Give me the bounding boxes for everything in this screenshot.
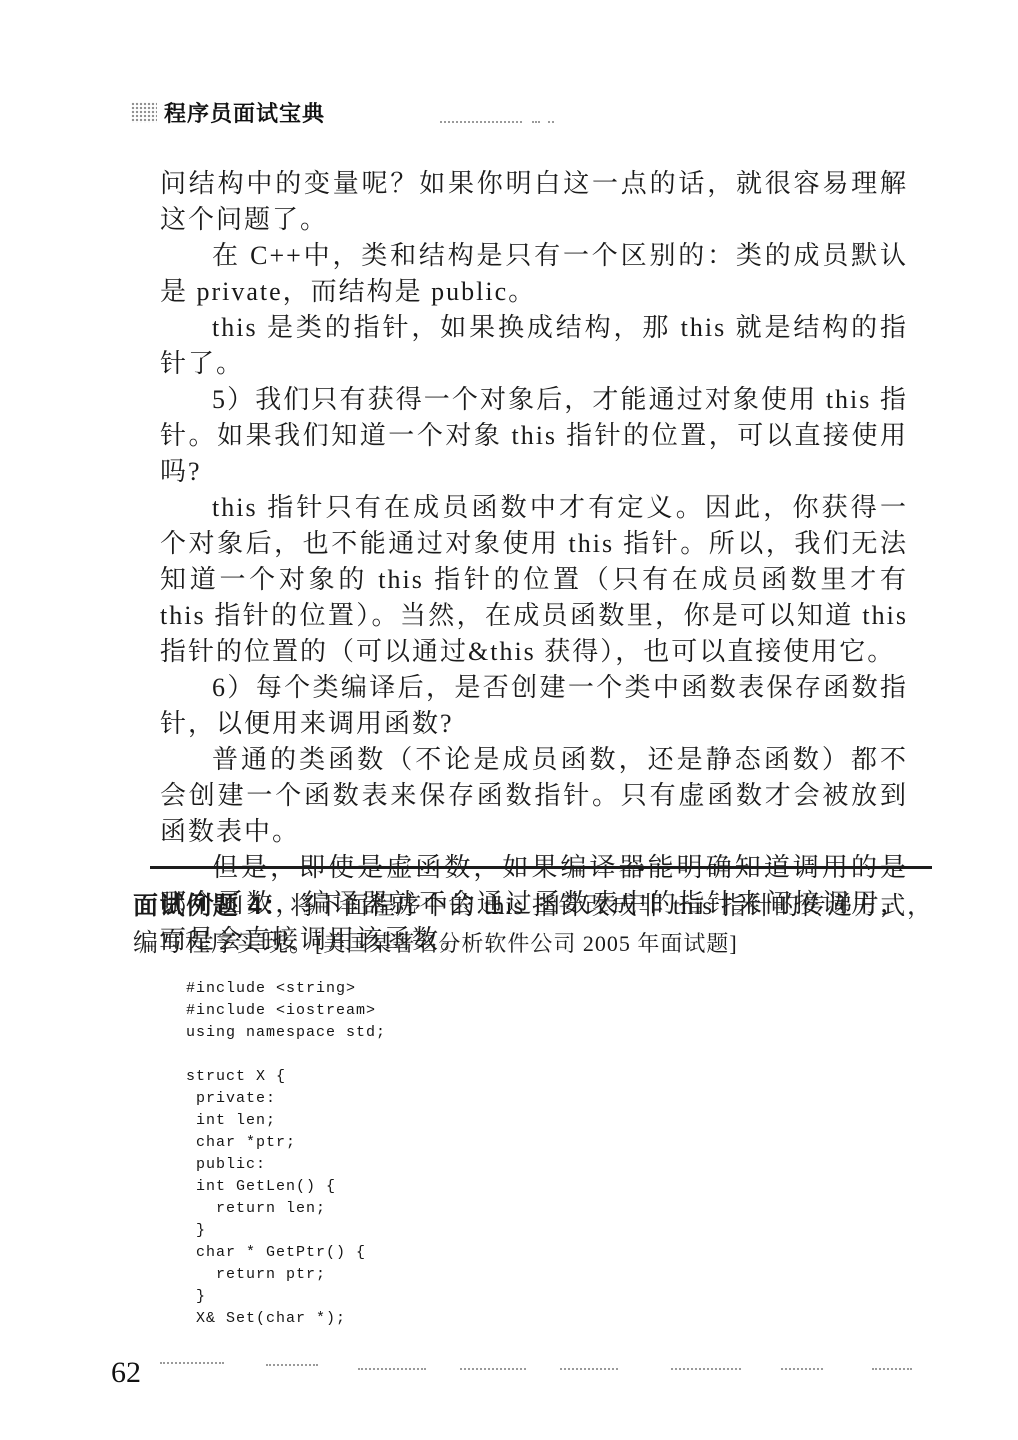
- page-number: 62: [111, 1356, 141, 1390]
- code-line: char *ptr;: [186, 1132, 386, 1154]
- code-line: int GetLen() {: [186, 1176, 386, 1198]
- code-line: struct X {: [186, 1066, 386, 1088]
- code-line: }: [186, 1220, 386, 1242]
- code-block: #include <string>#include <iostream>usin…: [186, 978, 386, 1330]
- paragraph: 6）每个类编译后，是否创建一个类中函数表保存函数指针，以便用来调用函数?: [160, 670, 908, 742]
- code-line: public:: [186, 1154, 386, 1176]
- code-line: using namespace std;: [186, 1022, 386, 1044]
- code-line: #include <iostream>: [186, 1000, 386, 1022]
- scan-artifact-dotted-line: [532, 121, 540, 123]
- book-title: 程序员面试宝典: [164, 97, 325, 128]
- paragraph: 普通的类函数（不论是成员函数，还是静态函数）都不会创建一个函数表来保存函数指针。…: [160, 742, 908, 850]
- scan-artifact-dotted-line: [440, 121, 522, 123]
- chapter-marker-icon: [131, 102, 157, 123]
- scan-artifact-dotted-line: [560, 1368, 618, 1370]
- scan-artifact-dotted-line: [671, 1368, 741, 1370]
- scan-artifact-dotted-line: [872, 1368, 912, 1370]
- body-text: 问结构中的变量呢？如果你明白这一点的话，就很容易理解这个问题了。 在 C++中，…: [160, 166, 908, 958]
- code-line: int len;: [186, 1110, 386, 1132]
- interview-example-heading: 面试例题 4：将下面程序中的 this 指针改成非 this 指针的传递方式，编…: [133, 888, 933, 962]
- scan-artifact-dotted-line: [781, 1368, 823, 1370]
- code-line: [186, 1044, 386, 1066]
- example-source: [美国某著名分析软件公司 2005 年面试题]: [315, 931, 738, 956]
- code-line: X& Set(char *);: [186, 1308, 386, 1330]
- paragraph: this 是类的指针，如果换成结构，那 this 就是结构的指针了。: [160, 310, 908, 382]
- paragraph: 在 C++中，类和结构是只有一个区别的：类的成员默认是 private，而结构是…: [160, 238, 908, 310]
- code-line: return ptr;: [186, 1264, 386, 1286]
- paragraph: 5）我们只有获得一个对象后，才能通过对象使用 this 指针。如果我们知道一个对…: [160, 382, 908, 490]
- code-line: char * GetPtr() {: [186, 1242, 386, 1264]
- scan-artifact-dotted-line: [266, 1364, 318, 1366]
- scan-artifact-dotted-line: [358, 1368, 426, 1370]
- paragraph: 问结构中的变量呢？如果你明白这一点的话，就很容易理解这个问题了。: [160, 166, 908, 238]
- code-line: #include <string>: [186, 978, 386, 1000]
- scan-artifact-dotted-line: [460, 1368, 526, 1370]
- section-divider: [150, 866, 932, 869]
- scan-artifact-dotted-line: [160, 1362, 224, 1364]
- code-line: }: [186, 1286, 386, 1308]
- book-page: 程序员面试宝典 问结构中的变量呢？如果你明白这一点的话，就很容易理解这个问题了。…: [0, 0, 1018, 1440]
- code-line: private:: [186, 1088, 386, 1110]
- paragraph: this 指针只有在成员函数中才有定义。因此，你获得一个对象后，也不能通过对象使…: [160, 490, 908, 670]
- code-line: return len;: [186, 1198, 386, 1220]
- page-header: 程序员面试宝典: [131, 97, 325, 128]
- scan-artifact-dotted-line: [548, 121, 554, 123]
- example-label: 面试例题 4：: [133, 892, 290, 920]
